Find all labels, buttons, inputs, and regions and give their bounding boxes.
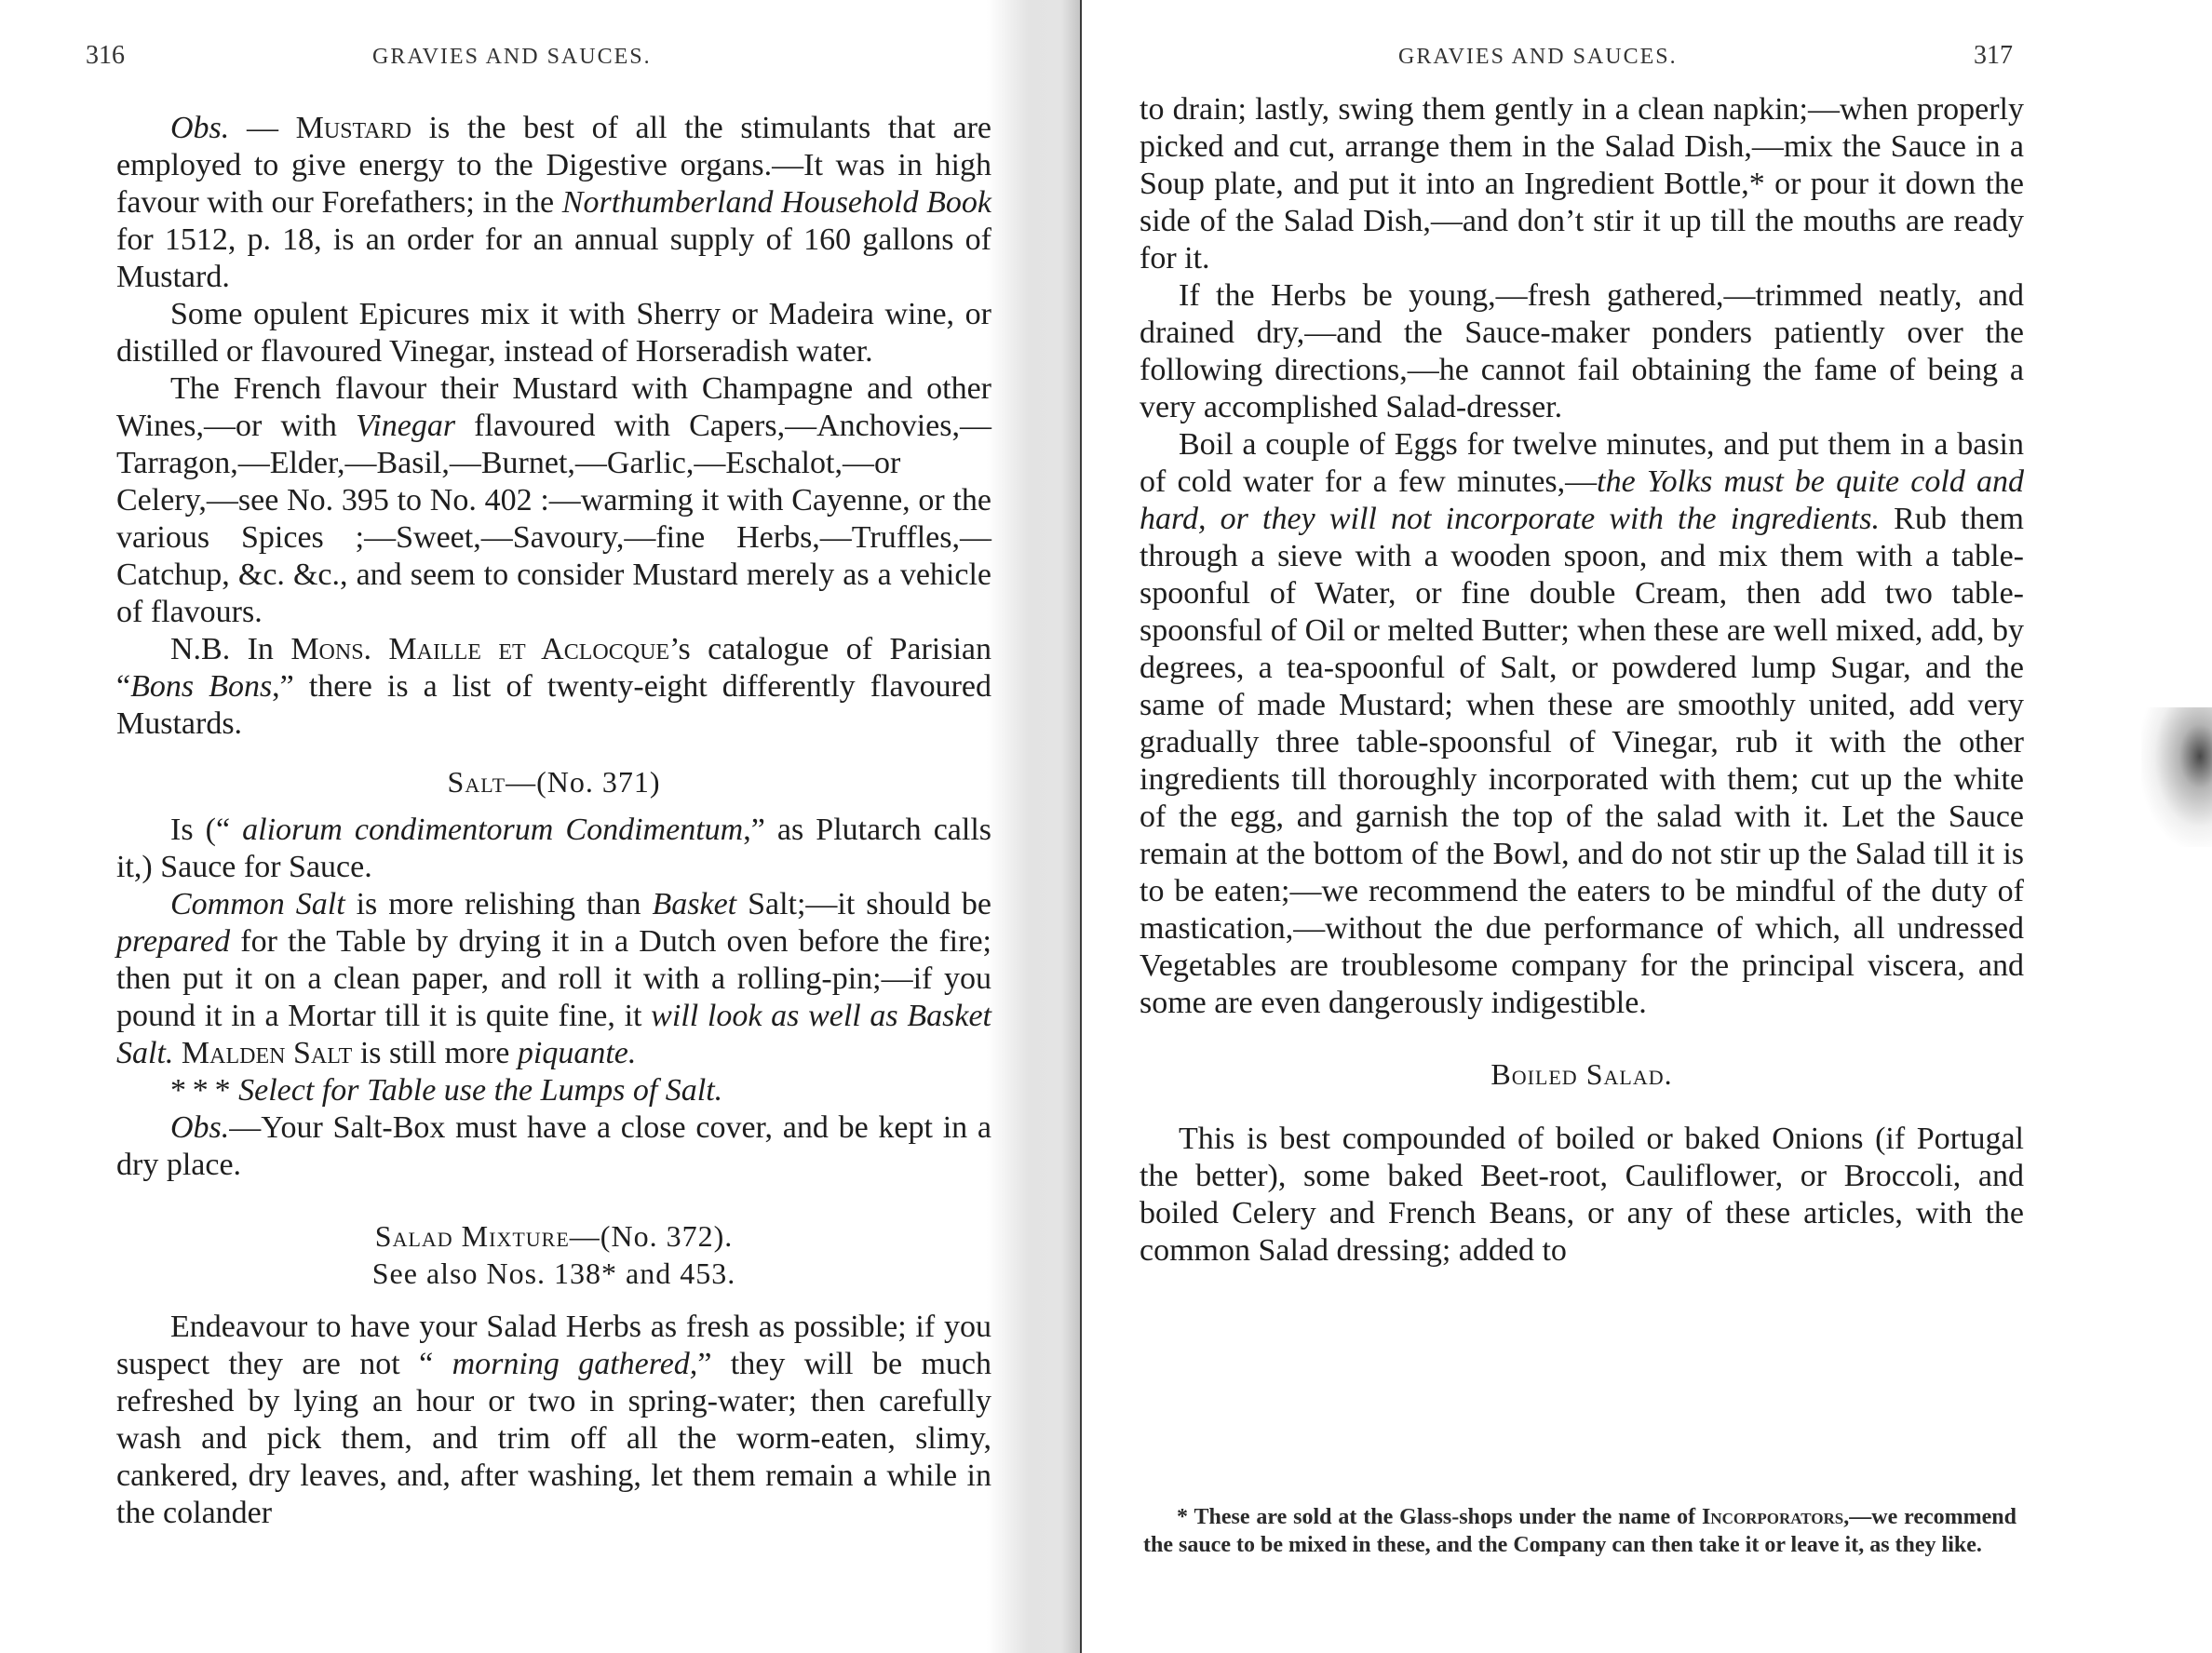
paragraph-salt-box: Obs.—Your Salt-Box must have a close cov…: [116, 1109, 991, 1184]
right-text-block: to drain; lastly, swing them gently in a…: [1140, 91, 2024, 1270]
paragraph-nb-catalogue: N.B. In Mons. Maille et Aclocque’s catal…: [116, 631, 991, 743]
paragraph-salt-plutarch: Is (“ aliorum condimentorum Condimentum,…: [116, 812, 991, 886]
paragraph-salad-herbs: Endeavour to have your Salad Herbs as fr…: [116, 1309, 991, 1532]
right-page: GRAVIES AND SAUCES. 317 to drain; lastly…: [1082, 0, 2212, 1653]
asterism-icon: * * *: [170, 1073, 238, 1108]
paragraph-salt-note: * * * Select for Table use the Lumps of …: [116, 1072, 991, 1109]
paragraph-french-mustard: The French flavour their Mustard with Ch…: [116, 370, 991, 631]
paragraph-herbs-young: If the Herbs be young,—fresh gathered,—t…: [1140, 277, 2024, 426]
paragraph-mustard-obs: Obs. — Mustard is the best of all the st…: [116, 110, 991, 296]
page-stain: [2141, 707, 2212, 847]
paragraph-boil-eggs: Boil a couple of Eggs for twelve minutes…: [1140, 426, 2024, 1022]
paragraph-drain: to drain; lastly, swing them gently in a…: [1140, 91, 2024, 277]
running-head-right: GRAVIES AND SAUCES.: [1398, 45, 1678, 70]
page-number-left: 316: [86, 41, 125, 71]
paragraph-epicures: Some opulent Epicures mix it with Sherry…: [116, 296, 991, 370]
left-text-block: Obs. — Mustard is the best of all the st…: [116, 110, 991, 1532]
heading-salt: Salt—(No. 371): [116, 763, 991, 800]
book-spread: 316 GRAVIES AND SAUCES. Obs. — Mustard i…: [0, 0, 2212, 1653]
paragraph-common-salt: Common Salt is more relishing than Baske…: [116, 886, 991, 1072]
left-page: 316 GRAVIES AND SAUCES. Obs. — Mustard i…: [0, 0, 1080, 1653]
heading-boiled-salad: Boiled Salad.: [1140, 1055, 2024, 1093]
running-head-left: GRAVIES AND SAUCES.: [372, 45, 652, 70]
footnote: * These are sold at the Glass-shops unde…: [1143, 1503, 2016, 1559]
page-number-right: 317: [1974, 41, 2013, 71]
heading-salad-mixture: Salad Mixture—(No. 372).: [116, 1217, 991, 1255]
subheading-see-also: See also Nos. 138* and 453.: [116, 1255, 991, 1292]
gutter-shadow: [987, 0, 1080, 1653]
paragraph-boiled-salad: This is best compounded of boiled or bak…: [1140, 1121, 2024, 1270]
